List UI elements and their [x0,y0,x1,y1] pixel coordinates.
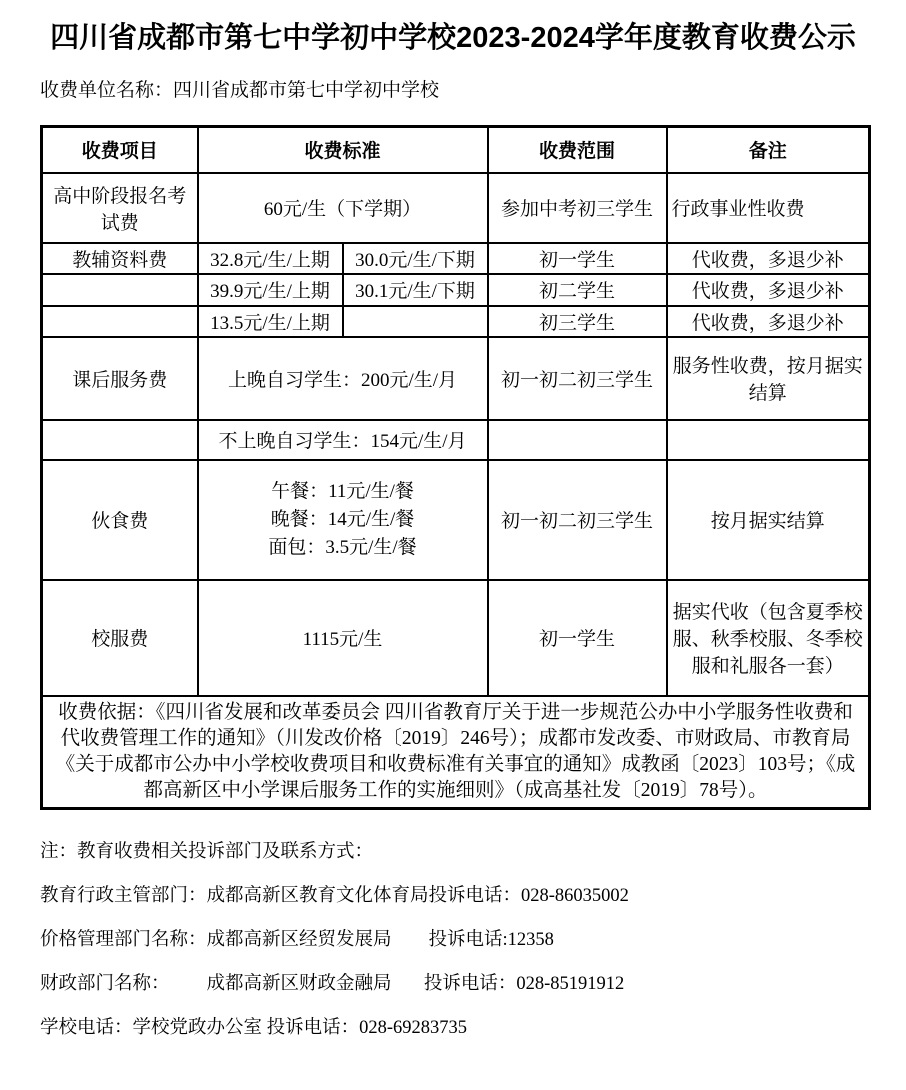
finance-dept-contact-line: 财政部门名称： 成都高新区财政金融局 投诉电话：028-85191912 [40,972,906,996]
cell-fee-standard-upper: 39.9元/生/上期 [198,274,343,306]
cell-remark: 据实代收（包含夏季校服、秋季校服、冬季校服和礼服各一套） [667,580,870,696]
cell-fee-item: 课后服务费 [42,337,198,420]
cell-fee-item: 教辅资料费 [42,243,198,274]
cell-fee-scope: 初二学生 [488,274,667,306]
table-row-fee-basis: 收费依据：《四川省发展和改革委员会 四川省教育厅关于进一步规范公办中小学服务性收… [42,696,870,809]
cell-fee-standard: 1115元/生 [198,580,488,696]
cell-remark: 服务性收费，按月据实结算 [667,337,870,420]
cell-fee-item [42,274,198,306]
cell-fee-scope: 初三学生 [488,306,667,337]
table-row-no-evening-study: 不上晚自习学生：154元/生/月 [42,420,870,460]
col-header-remark: 备注 [667,127,870,173]
cell-fee-standard: 午餐：11元/生/餐 晚餐：14元/生/餐 面包：3.5元/生/餐 [198,460,488,580]
cell-fee-standard-upper: 32.8元/生/上期 [198,243,343,274]
cell-remark: 按月据实结算 [667,460,870,580]
cell-fee-standard: 60元/生（下学期） [198,173,488,243]
cell-fee-item [42,420,198,460]
complaint-contacts-section: 注：教育收费相关投诉部门及联系方式： 教育行政主管部门：成都高新区教育文化体育局… [40,840,906,1040]
table-row-uniform-fee: 校服费 1115元/生 初一学生 据实代收（包含夏季校服、秋季校服、冬季校服和礼… [42,580,870,696]
cell-fee-item: 校服费 [42,580,198,696]
cell-fee-scope: 初一初二初三学生 [488,337,667,420]
table-row-after-school-service: 课后服务费 上晚自习学生：200元/生/月 初一初二初三学生 服务性收费，按月据… [42,337,870,420]
cell-fee-scope: 参加中考初三学生 [488,173,667,243]
col-header-fee-item: 收费项目 [42,127,198,173]
cell-remark: 代收费，多退少补 [667,243,870,274]
table-row-exam-fee: 高中阶段报名考试费 60元/生（下学期） 参加中考初三学生 行政事业性收费 [42,173,870,243]
cell-remark: 行政事业性收费 [667,173,870,243]
price-dept-contact-line: 价格管理部门名称：成都高新区经贸发展局 投诉电话:12358 [40,928,906,952]
meal-lunch-line: 午餐：11元/生/餐 [203,478,483,506]
fee-basis-paragraph: 收费依据：《四川省发展和改革委员会 四川省教育厅关于进一步规范公办中小学服务性收… [42,696,870,809]
cell-fee-scope: 初一学生 [488,580,667,696]
cell-fee-item: 高中阶段报名考试费 [42,173,198,243]
table-row-materials-grade3: 13.5元/生/上期 初三学生 代收费，多退少补 [42,306,870,337]
cell-fee-scope: 初一初二初三学生 [488,460,667,580]
cell-fee-scope: 初一学生 [488,243,667,274]
meal-dinner-line: 晚餐：14元/生/餐 [203,506,483,534]
cell-fee-scope [488,420,667,460]
notes-intro-line: 注：教育收费相关投诉部门及联系方式： [40,840,906,864]
table-row-materials-grade1: 教辅资料费 32.8元/生/上期 30.0元/生/下期 初一学生 代收费，多退少… [42,243,870,274]
cell-fee-standard-lower [343,306,488,337]
fee-unit-name: 收费单位名称：四川省成都市第七中学初中学校 [40,79,906,103]
meal-bread-line: 面包：3.5元/生/餐 [203,534,483,562]
cell-fee-standard-lower: 30.1元/生/下期 [343,274,488,306]
col-header-fee-standard: 收费标准 [198,127,488,173]
cell-fee-standard: 上晚自习学生：200元/生/月 [198,337,488,420]
cell-fee-standard: 不上晚自习学生：154元/生/月 [198,420,488,460]
cell-remark: 代收费，多退少补 [667,306,870,337]
table-header-row: 收费项目 收费标准 收费范围 备注 [42,127,870,173]
table-row-meal-fee: 伙食费 午餐：11元/生/餐 晚餐：14元/生/餐 面包：3.5元/生/餐 初一… [42,460,870,580]
education-dept-contact-line: 教育行政主管部门：成都高新区教育文化体育局投诉电话：028-86035002 [40,884,906,908]
cell-remark [667,420,870,460]
fee-table: 收费项目 收费标准 收费范围 备注 高中阶段报名考试费 60元/生（下学期） 参… [40,125,871,810]
col-header-fee-scope: 收费范围 [488,127,667,173]
school-contact-line: 学校电话：学校党政办公室 投诉电话：028-69283735 [40,1016,906,1040]
cell-fee-item [42,306,198,337]
page-title: 四川省成都市第七中学初中学校2023-2024学年度教育收费公示 [36,20,870,57]
cell-fee-standard-upper: 13.5元/生/上期 [198,306,343,337]
cell-fee-item: 伙食费 [42,460,198,580]
cell-fee-standard-lower: 30.0元/生/下期 [343,243,488,274]
cell-remark: 代收费，多退少补 [667,274,870,306]
table-row-materials-grade2: 39.9元/生/上期 30.1元/生/下期 初二学生 代收费，多退少补 [42,274,870,306]
